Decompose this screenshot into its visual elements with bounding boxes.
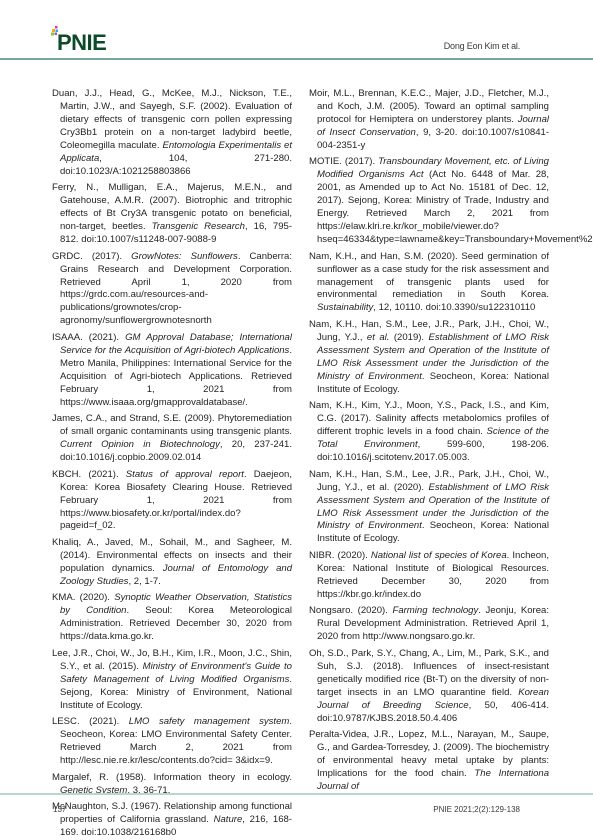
reference-text: Nam, K.H., and Han, S.M. (2020). Seed ge…: [309, 251, 549, 301]
reference-title-italic: Farming technology: [392, 605, 478, 616]
reference-title-italic: et al.: [367, 332, 389, 343]
reference-text: , 12, 10110. doi:10.3390/su122310110: [373, 302, 535, 313]
reference-text: ISAAA. (2021).: [52, 332, 125, 343]
reference-title-italic: GrowNotes: Sunflowers: [131, 251, 238, 262]
journal-logo: PNIE: [50, 26, 110, 56]
reference-title-italic: LMO safety management system: [129, 716, 290, 727]
page-number: 137: [53, 805, 66, 814]
reference-entry: Nam, K.H., and Han, S.M. (2020). Seed ge…: [309, 251, 549, 316]
footer-divider: [0, 793, 593, 795]
reference-entry: Peralta-Videa, J.R., Lopez, M.L., Naraya…: [309, 729, 549, 794]
reference-text: MOTIE. (2017).: [309, 156, 378, 167]
reference-text: GRDC. (2017).: [52, 251, 131, 262]
reference-text: Moir, M.L., Brennan, K.E.C., Majer, J.D.…: [309, 88, 549, 125]
reference-entry: KMA. (2020). Synoptic Weather Observatio…: [52, 592, 292, 644]
reference-entry: KBCH. (2021). Status of approval report.…: [52, 469, 292, 534]
reference-text: Margalef, R. (1958). Information theory …: [52, 772, 292, 783]
reference-column-right: Moir, M.L., Brennan, K.E.C., Majer, J.D.…: [309, 88, 549, 798]
reference-entry: LESC. (2021). LMO safety management syst…: [52, 716, 292, 768]
page-header: PNIE Dong Eon Kim et al.: [0, 0, 593, 60]
reference-entry: ISAAA. (2021). GM Approval Database; Int…: [52, 332, 292, 410]
reference-entry: Nam, K.H., Han, S.M., Lee, J.R., Park, J…: [309, 469, 549, 547]
reference-text: Nongsaro. (2020).: [309, 605, 392, 616]
reference-entry: Khaliq, A., Javed, M., Sohail, M., and S…: [52, 537, 292, 589]
reference-title-italic: Nature: [214, 814, 243, 825]
logo-text: PNIE: [57, 32, 106, 54]
reference-text: LESC. (2021).: [52, 716, 129, 727]
reference-entry: Moir, M.L., Brennan, K.E.C., Majer, J.D.…: [309, 88, 549, 153]
reference-text: NIBR. (2020).: [309, 550, 371, 561]
reference-entry: Lee, J.R., Choi, W., Jo, B.H., Kim, I.R.…: [52, 648, 292, 713]
reference-entry: Oh, S.D., Park, S.Y., Chang, A., Lim, M.…: [309, 648, 549, 726]
running-head-author: Dong Eon Kim et al.: [444, 41, 520, 51]
reference-text: KBCH. (2021).: [52, 469, 126, 480]
header-divider: [0, 58, 593, 60]
reference-entry: James, C.A., and Strand, S.E. (2009). Ph…: [52, 413, 292, 465]
reference-text: (Act No. 6448 of Mar. 28, 2001, as Amend…: [317, 169, 593, 245]
reference-entry: MOTIE. (2017). Transboundary Movement, e…: [309, 156, 549, 247]
reference-column-left: Duan, J.J., Head, G., McKee, M.J., Nicks…: [52, 88, 292, 840]
reference-entry: Nam, K.H., Kim, Y.J., Moon, Y.S., Pack, …: [309, 400, 549, 465]
reference-entry: Nongsaro. (2020). Farming technology. Je…: [309, 605, 549, 644]
reference-title-italic: National list of species of Korea: [371, 550, 507, 561]
reference-title-italic: Current Opinion in Biotechnology: [60, 439, 220, 450]
reference-entry: NIBR. (2020). National list of species o…: [309, 550, 549, 602]
reference-text: James, C.A., and Strand, S.E. (2009). Ph…: [52, 413, 292, 437]
reference-entry: GRDC. (2017). GrowNotes: Sunflowers. Can…: [52, 251, 292, 329]
reference-entry: Duan, J.J., Head, G., McKee, M.J., Nicks…: [52, 88, 292, 179]
reference-text: KMA. (2020).: [52, 592, 114, 603]
reference-entry: McNaughton, S.J. (1967). Relationship am…: [52, 801, 292, 840]
reference-title-italic: Status of approval report: [126, 469, 244, 480]
reference-title-italic: Sustainability: [317, 302, 373, 313]
reference-entry: Ferry, N., Mulligan, E.A., Majerus, M.E.…: [52, 182, 292, 247]
reference-entry: Nam, K.H., Han, S.M., Lee, J.R., Park, J…: [309, 319, 549, 397]
journal-citation: PNIE 2021;2(2):129-138: [433, 805, 520, 814]
reference-text: , 2, 1-7.: [128, 576, 160, 587]
reference-text: (2019).: [389, 332, 428, 343]
reference-text: Oh, S.D., Park, S.Y., Chang, A., Lim, M.…: [309, 648, 549, 698]
reference-title-italic: Transgenic Research: [152, 221, 245, 232]
